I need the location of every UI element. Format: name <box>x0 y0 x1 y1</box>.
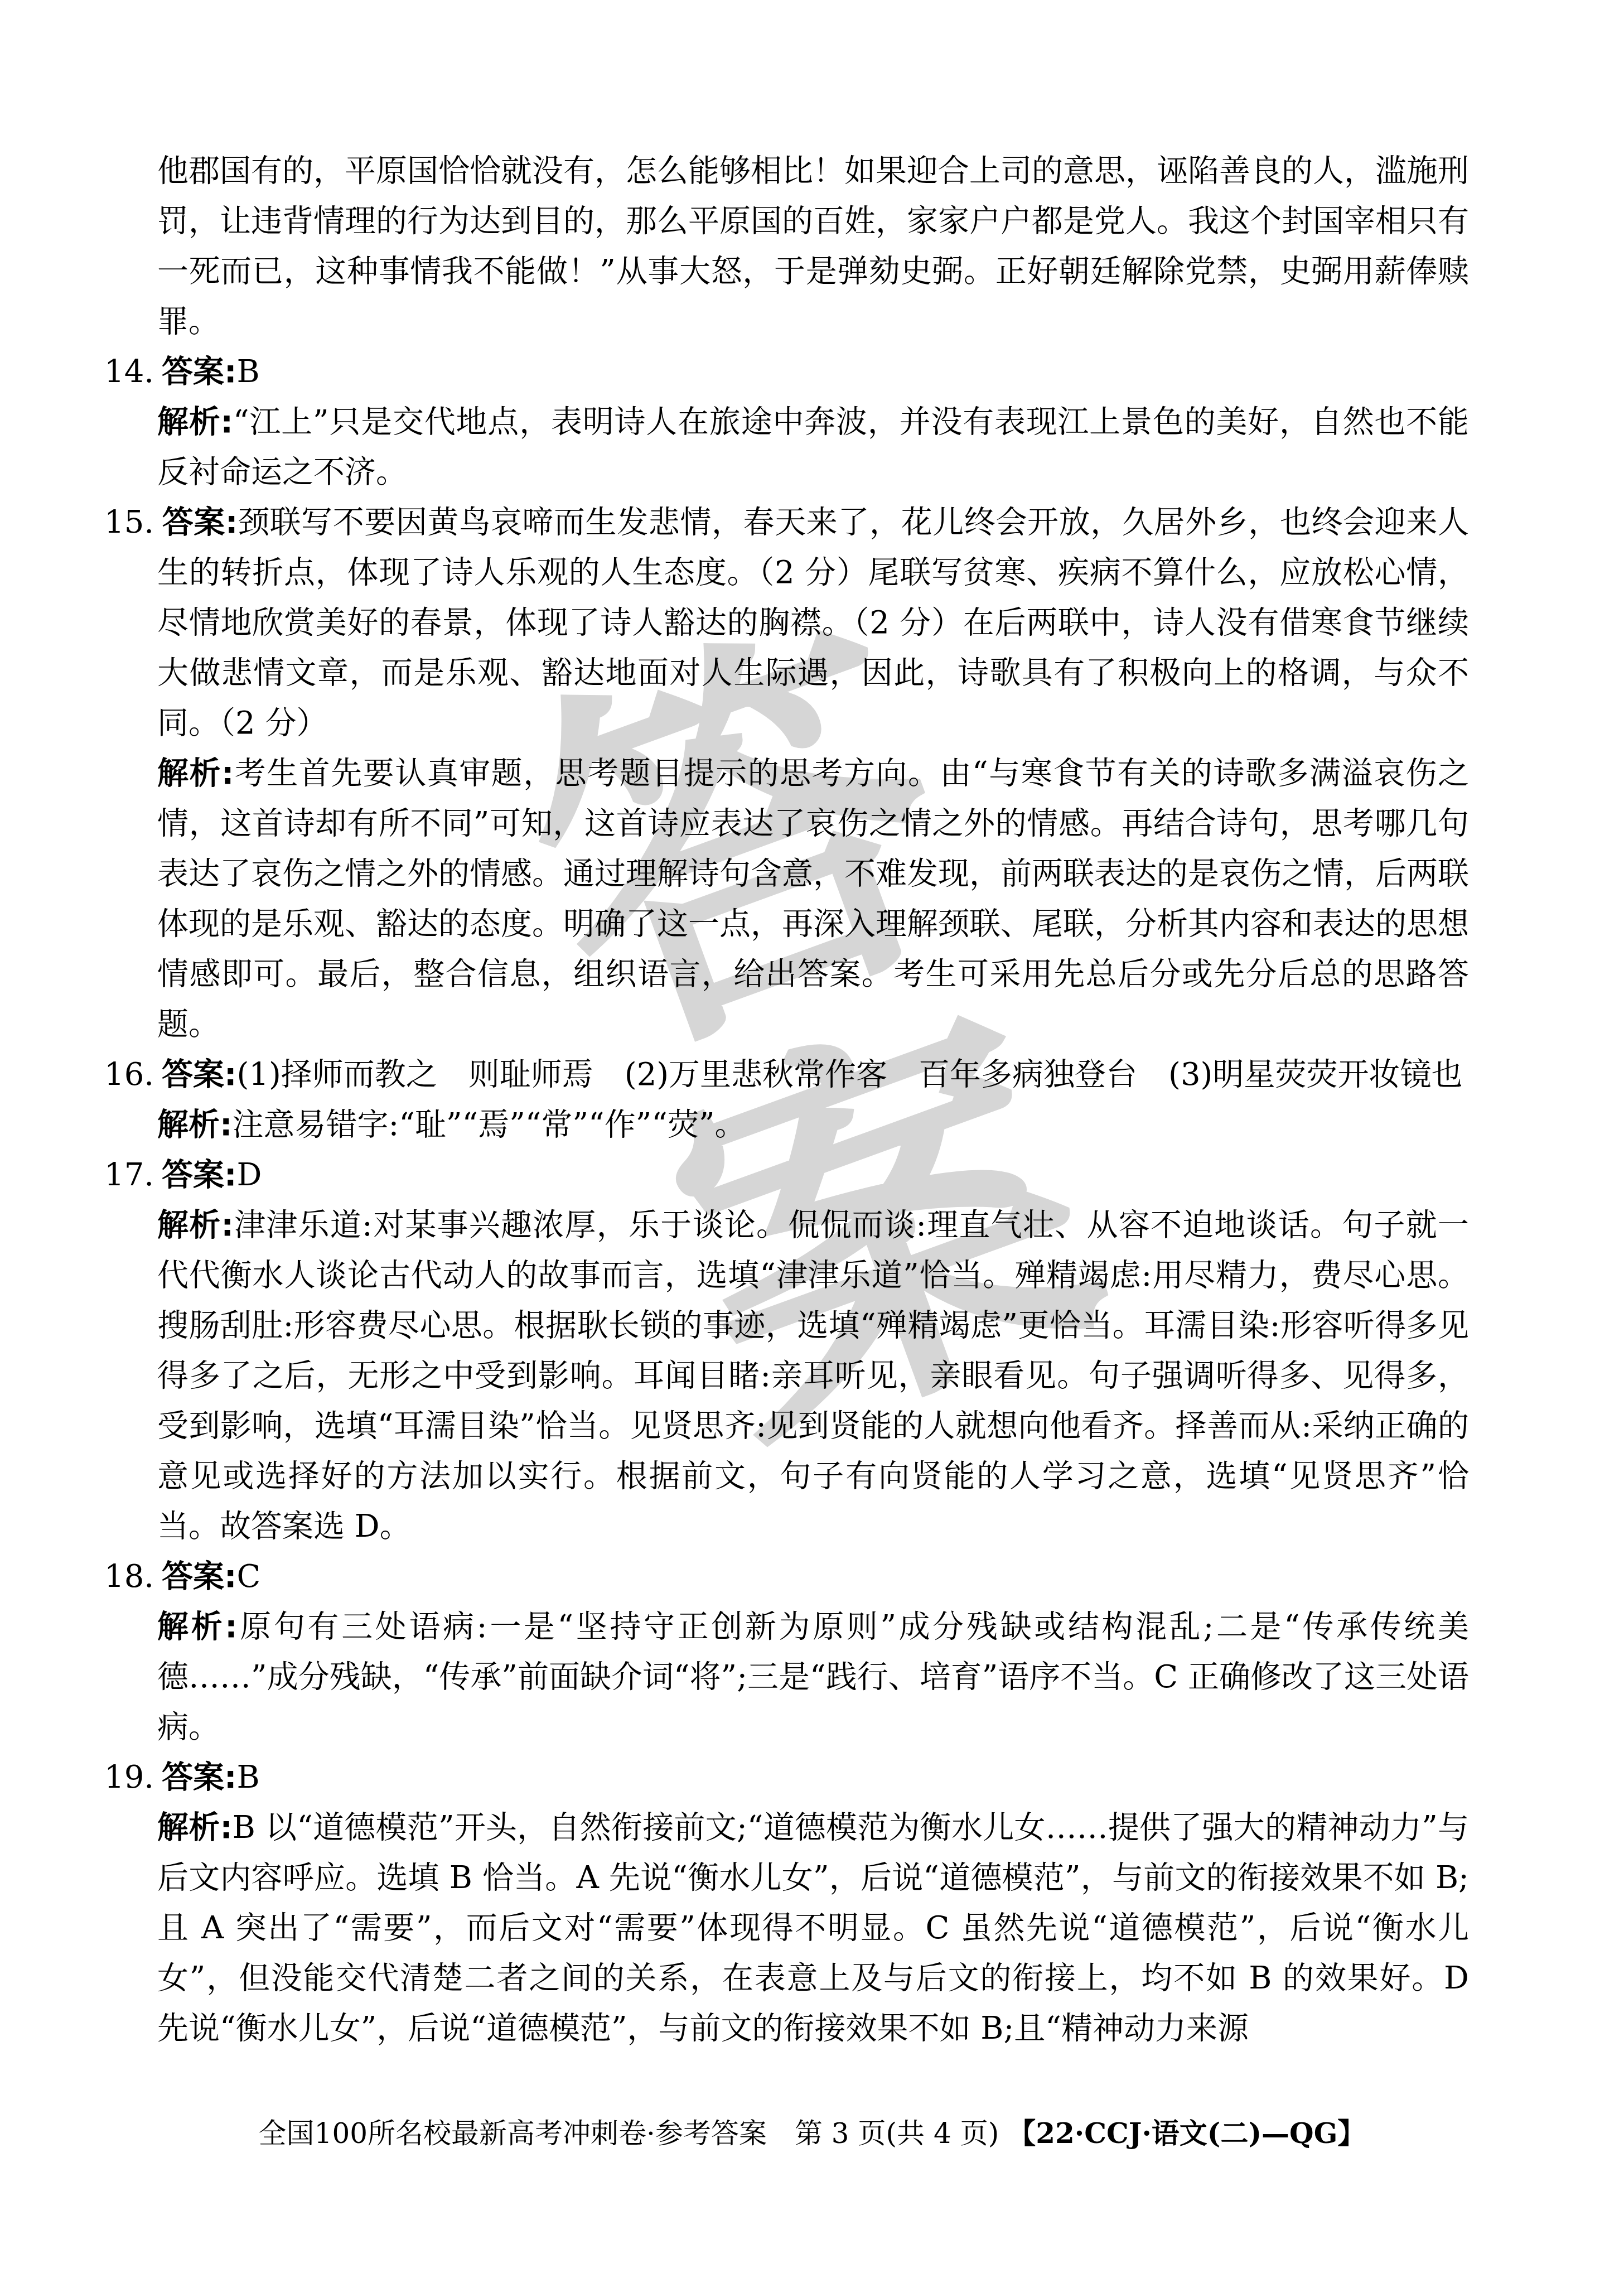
answer-label: 答案: <box>162 504 238 540</box>
exam-answer-page: 答 案 他郡国有的，平原国恰恰就没有，怎么能够相比！如果迎合上司的意思，诬陷善良… <box>0 0 1624 2283</box>
item-number: 18. <box>104 1558 154 1595</box>
answers-content: 他郡国有的，平原国恰恰就没有，怎么能够相比！如果迎合上司的意思，诬陷善良的人，滥… <box>157 146 1469 2054</box>
analysis-text: 考生首先要认真审题，思考题目提示的思考方向。由“与寒食节有关的诗歌多满溢哀伤之情… <box>157 755 1469 1042</box>
answer-line: 18.答案:C <box>157 1552 1469 1602</box>
item-number: 14. <box>104 354 154 390</box>
analysis-text: 津津乐道:对某事兴趣浓厚，乐于谈论。侃侃而谈:理直气壮、从容不迫地谈话。句子就一… <box>157 1207 1469 1544</box>
answer-line: 19.答案:B <box>157 1753 1469 1803</box>
analysis-label: 解析: <box>157 1207 234 1243</box>
answer-item-15: 15.答案:颈联写不要因黄鸟哀啼而生发悲情，春天来了，花儿终会开放，久居外乡，也… <box>157 498 1469 1050</box>
analysis-label: 解析: <box>157 404 233 440</box>
answer-line: 14.答案:B <box>157 347 1469 397</box>
answer-text: B <box>236 354 259 390</box>
item-number: 16. <box>104 1056 154 1093</box>
analysis-text: “江上”只是交代地点，表明诗人在旅途中奔波，并没有表现江上景色的美好，自然也不能… <box>157 404 1469 490</box>
answer-label: 答案: <box>162 1558 236 1595</box>
analysis-text: B 以“道德模范”开头，自然衔接前文;“道德模范为衡水儿女……提供了强大的精神动… <box>157 1809 1469 2047</box>
analysis-label: 解析: <box>157 755 234 791</box>
analysis-paragraph: 解析:“江上”只是交代地点，表明诗人在旅途中奔波，并没有表现江上景色的美好，自然… <box>157 397 1469 498</box>
answer-item-19: 19.答案:B 解析:B 以“道德模范”开头，自然衔接前文;“道德模范为衡水儿女… <box>157 1753 1469 2054</box>
analysis-paragraph: 解析:注意易错字:“耻”“焉”“常”“作”“荧”。 <box>157 1100 1469 1150</box>
footer-paper-code: 【22·CCJ·语文(二)—QG】 <box>1008 2117 1365 2150</box>
answer-line: 16.答案:(1)择师而教之 则耻师焉 (2)万里悲秋常作客 百年多病独登台 (… <box>157 1050 1469 1100</box>
answer-label: 答案: <box>162 1157 236 1193</box>
answer-label: 答案: <box>162 354 236 390</box>
answer-item-18: 18.答案:C 解析:原句有三处语病:一是“坚持守正创新为原则”成分残缺或结构混… <box>157 1552 1469 1753</box>
analysis-text: 原句有三处语病:一是“坚持守正创新为原则”成分残缺或结构混乱;二是“传承传统美德… <box>157 1609 1469 1745</box>
answer-text: 颈联写不要因黄鸟哀啼而生发悲情，春天来了，花儿终会开放，久居外乡，也终会迎来人生… <box>157 504 1469 741</box>
analysis-paragraph: 解析:津津乐道:对某事兴趣浓厚，乐于谈论。侃侃而谈:理直气壮、从容不迫地谈话。句… <box>157 1200 1469 1552</box>
analysis-label: 解析: <box>157 1609 238 1645</box>
analysis-paragraph: 解析:考生首先要认真审题，思考题目提示的思考方向。由“与寒食节有关的诗歌多满溢哀… <box>157 749 1469 1050</box>
answer-label: 答案: <box>162 1759 236 1795</box>
answer-text: D <box>236 1157 262 1193</box>
answer-text: C <box>236 1558 260 1595</box>
analysis-label: 解析: <box>157 1107 232 1143</box>
answer-item-16: 16.答案:(1)择师而教之 则耻师焉 (2)万里悲秋常作客 百年多病独登台 (… <box>157 1050 1469 1150</box>
analysis-paragraph: 解析:B 以“道德模范”开头，自然衔接前文;“道德模范为衡水儿女……提供了强大的… <box>157 1803 1469 2054</box>
analysis-label: 解析: <box>157 1809 233 1846</box>
continuation-paragraph: 他郡国有的，平原国恰恰就没有，怎么能够相比！如果迎合上司的意思，诬陷善良的人，滥… <box>157 146 1469 347</box>
answer-label: 答案: <box>162 1056 236 1093</box>
answer-text: (1)择师而教之 则耻师焉 (2)万里悲秋常作客 百年多病独登台 (3)明星荧荧… <box>236 1056 1462 1093</box>
item-number: 17. <box>104 1157 154 1193</box>
item-number: 19. <box>104 1759 154 1795</box>
page-footer: 全国100所名校最新高考冲刺卷·参考答案 第 3 页(共 4 页)【22·CCJ… <box>0 2115 1624 2152</box>
answer-text: B <box>236 1759 259 1795</box>
footer-title-page-number: 全国100所名校最新高考冲刺卷·参考答案 第 3 页(共 4 页) <box>259 2117 999 2150</box>
answer-line: 17.答案:D <box>157 1150 1469 1200</box>
analysis-text: 注意易错字:“耻”“焉”“常”“作”“荧”。 <box>232 1107 746 1143</box>
answer-line: 15.答案:颈联写不要因黄鸟哀啼而生发悲情，春天来了，花儿终会开放，久居外乡，也… <box>157 498 1469 749</box>
answer-item-14: 14.答案:B 解析:“江上”只是交代地点，表明诗人在旅途中奔波，并没有表现江上… <box>157 347 1469 498</box>
analysis-paragraph: 解析:原句有三处语病:一是“坚持守正创新为原则”成分残缺或结构混乱;二是“传承传… <box>157 1602 1469 1753</box>
item-number: 15. <box>104 504 154 540</box>
answer-item-17: 17.答案:D 解析:津津乐道:对某事兴趣浓厚，乐于谈论。侃侃而谈:理直气壮、从… <box>157 1150 1469 1552</box>
